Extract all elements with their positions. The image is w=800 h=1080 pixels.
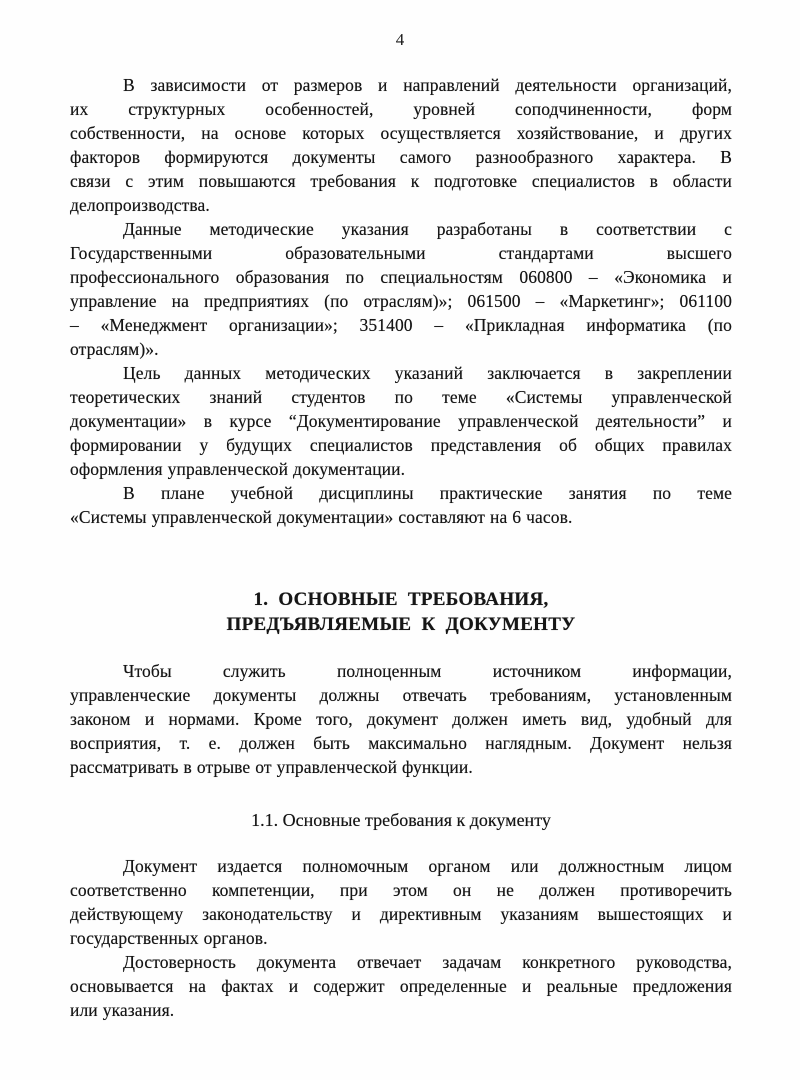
text-line: собственности, на основе которых осущест… <box>70 121 732 145</box>
text-line: Государственными образовательными станда… <box>70 241 732 265</box>
subheading: 1.1. Основные требования к документу <box>70 808 732 832</box>
text-line: 1.1. Основные требования к документу <box>70 808 732 832</box>
text-line: Достоверность документа отвечает задачам… <box>70 950 732 974</box>
text-line: управленческие документы должны отвечать… <box>70 683 732 707</box>
text-line: отраслям)». <box>70 337 732 361</box>
text-line: или указания. <box>70 998 732 1022</box>
paragraph: Данные методические указания разработаны… <box>70 217 732 361</box>
paragraph: Документ издается полномочным органом ил… <box>70 854 732 950</box>
text-line: В зависимости от размеров и направлений … <box>70 73 732 97</box>
text-line: делопроизводства. <box>70 193 732 217</box>
paragraph: Достоверность документа отвечает задачам… <box>70 950 732 1022</box>
document-body: В зависимости от размеров и направлений … <box>70 73 732 1022</box>
paragraph: Чтобы служить полноценным источником инф… <box>70 659 732 779</box>
text-line: государственных органов. <box>70 926 732 950</box>
text-line: «Системы управленческой документации» со… <box>70 505 732 529</box>
text-line: законом и нормами. Кроме того, документ … <box>70 707 732 731</box>
text-line: рассматривать в отрыве от управленческой… <box>70 755 732 779</box>
text-line: действующему законодательству и директив… <box>70 902 732 926</box>
paragraph: В плане учебной дисциплины практические … <box>70 481 732 529</box>
text-line: соответственно компетенции, при этом он … <box>70 878 732 902</box>
text-line: ПРЕДЪЯВЛЯЕМЫЕ К ДОКУМЕНТУ <box>70 612 732 637</box>
heading: 1. ОСНОВНЫЕ ТРЕБОВАНИЯ,ПРЕДЪЯВЛЯЕМЫЕ К Д… <box>70 587 732 637</box>
text-line: Документ издается полномочным органом ил… <box>70 854 732 878</box>
paragraph: В зависимости от размеров и направлений … <box>70 73 732 217</box>
text-line: Чтобы служить полноценным источником инф… <box>70 659 732 683</box>
paragraph: Цель данных методических указаний заключ… <box>70 361 732 481</box>
text-line: В плане учебной дисциплины практические … <box>70 481 732 505</box>
text-line: – «Менеджмент организации»; 351400 – «Пр… <box>70 313 732 337</box>
text-line: факторов формируются документы самого ра… <box>70 145 732 169</box>
text-line: их структурных особенностей, уровней соп… <box>70 97 732 121</box>
text-line: оформления управленческой документации. <box>70 457 732 481</box>
page-number: 4 <box>0 30 800 50</box>
text-line: профессионального образования по специал… <box>70 265 732 289</box>
text-line: восприятия, т. е. должен быть максимальн… <box>70 731 732 755</box>
text-line: 1. ОСНОВНЫЕ ТРЕБОВАНИЯ, <box>70 587 732 612</box>
text-line: документации» в курсе “Документирование … <box>70 409 732 433</box>
text-line: основывается на фактах и содержит опреде… <box>70 974 732 998</box>
text-line: связи с этим повышаются требования к под… <box>70 169 732 193</box>
text-line: Данные методические указания разработаны… <box>70 217 732 241</box>
text-line: формировании у будущих специалистов пред… <box>70 433 732 457</box>
text-line: теоретических знаний студентов по теме «… <box>70 385 732 409</box>
text-line: Цель данных методических указаний заключ… <box>70 361 732 385</box>
text-line: управление на предприятиях (по отраслям)… <box>70 289 732 313</box>
scanned-document-page: 4 В зависимости от размеров и направлени… <box>0 0 800 1080</box>
